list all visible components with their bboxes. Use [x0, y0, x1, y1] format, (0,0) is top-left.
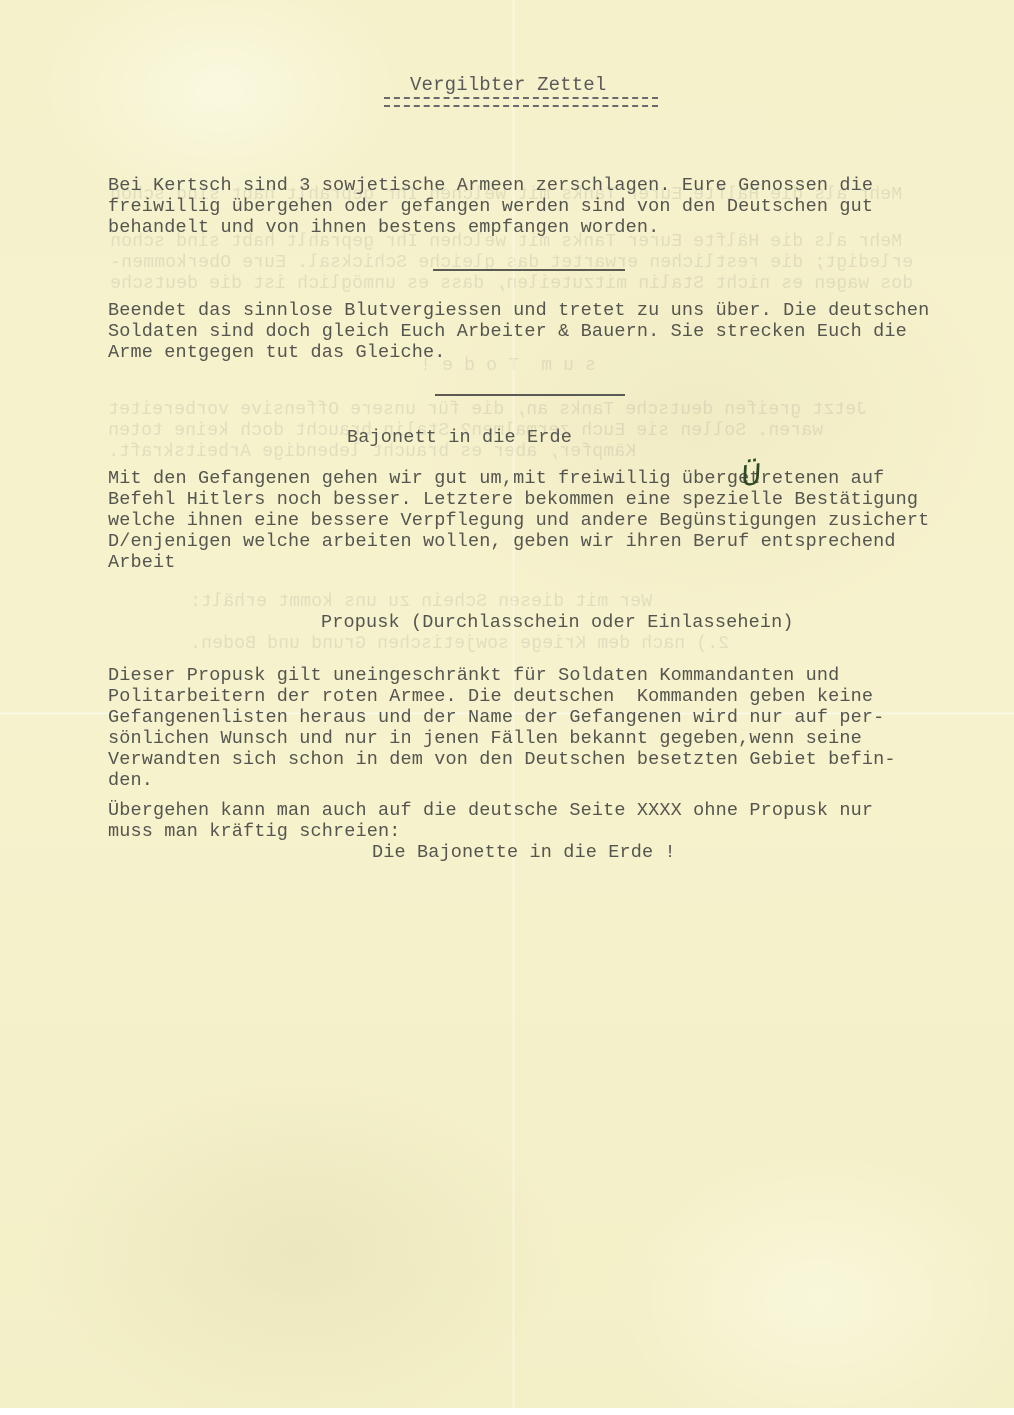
- section-heading-propusk: Propusk (Durchlasschein oder Einlassehei…: [321, 612, 794, 633]
- bleed-through-line: 2.) nach dem Kriege sowjetischen Grund u…: [190, 634, 729, 654]
- text-line: Arbeit: [108, 552, 176, 573]
- document-title: Vergilbter Zettel: [410, 75, 606, 96]
- closing-slogan: Die Bajonette in die Erde !: [372, 842, 676, 863]
- section-heading-bajonett: Bajonett in die Erde: [347, 427, 572, 448]
- text-line: Befehl Hitlers noch besser. Letztere bek…: [108, 489, 918, 510]
- text-line: Bei Kertsch sind 3 sowjetische Armeen ze…: [108, 175, 873, 196]
- text-line: Gefangenenlisten heraus und der Name der…: [108, 707, 884, 728]
- text-line: Mit den Gefangenen gehen wir gut um,mit …: [108, 468, 884, 489]
- text-line: freiwillig übergehen oder gefangen werde…: [108, 196, 873, 217]
- text-line: muss man kräftig schreien:: [108, 821, 401, 842]
- text-line: den.: [108, 770, 153, 791]
- text-line: sönlichen Wunsch und nur in jenen Fällen…: [108, 728, 862, 749]
- text-line: D/enjenigen welche arbeiten wollen, gebe…: [108, 531, 896, 552]
- bleed-through-line: Wer mit diesen Schein zu uns kommt erhäl…: [190, 592, 652, 612]
- text-line: Soldaten sind doch gleich Euch Arbeiter …: [108, 321, 907, 342]
- handwritten-correction-mark: Ü: [739, 458, 761, 490]
- text-line: Dieser Propusk gilt uneingeschränkt für …: [108, 665, 839, 686]
- text-line: Beendet das sinnlose Blutvergiessen und …: [108, 300, 929, 321]
- text-line: welche ihnen eine bessere Verpflegung un…: [108, 510, 929, 531]
- section-divider: [435, 394, 625, 396]
- title-double-underline: [384, 97, 658, 107]
- bleed-through-line: Jetzt greifen deutsche Tanks an, die für…: [108, 400, 867, 420]
- text-line: Politarbeitern der roten Armee. Die deut…: [108, 686, 873, 707]
- section-divider: [433, 269, 625, 271]
- text-line: behandelt und von ihnen bestens empfange…: [108, 217, 659, 238]
- scan-edge: [0, 1408, 1014, 1415]
- bleed-through-line: s u m T o d e !: [420, 356, 596, 376]
- text-line: Übergehen kann man auch auf die deutsche…: [108, 800, 873, 821]
- text-line: Verwandten sich schon in dem von den Deu…: [108, 749, 896, 770]
- text-line: Arme entgegen tut das Gleiche.: [108, 342, 446, 363]
